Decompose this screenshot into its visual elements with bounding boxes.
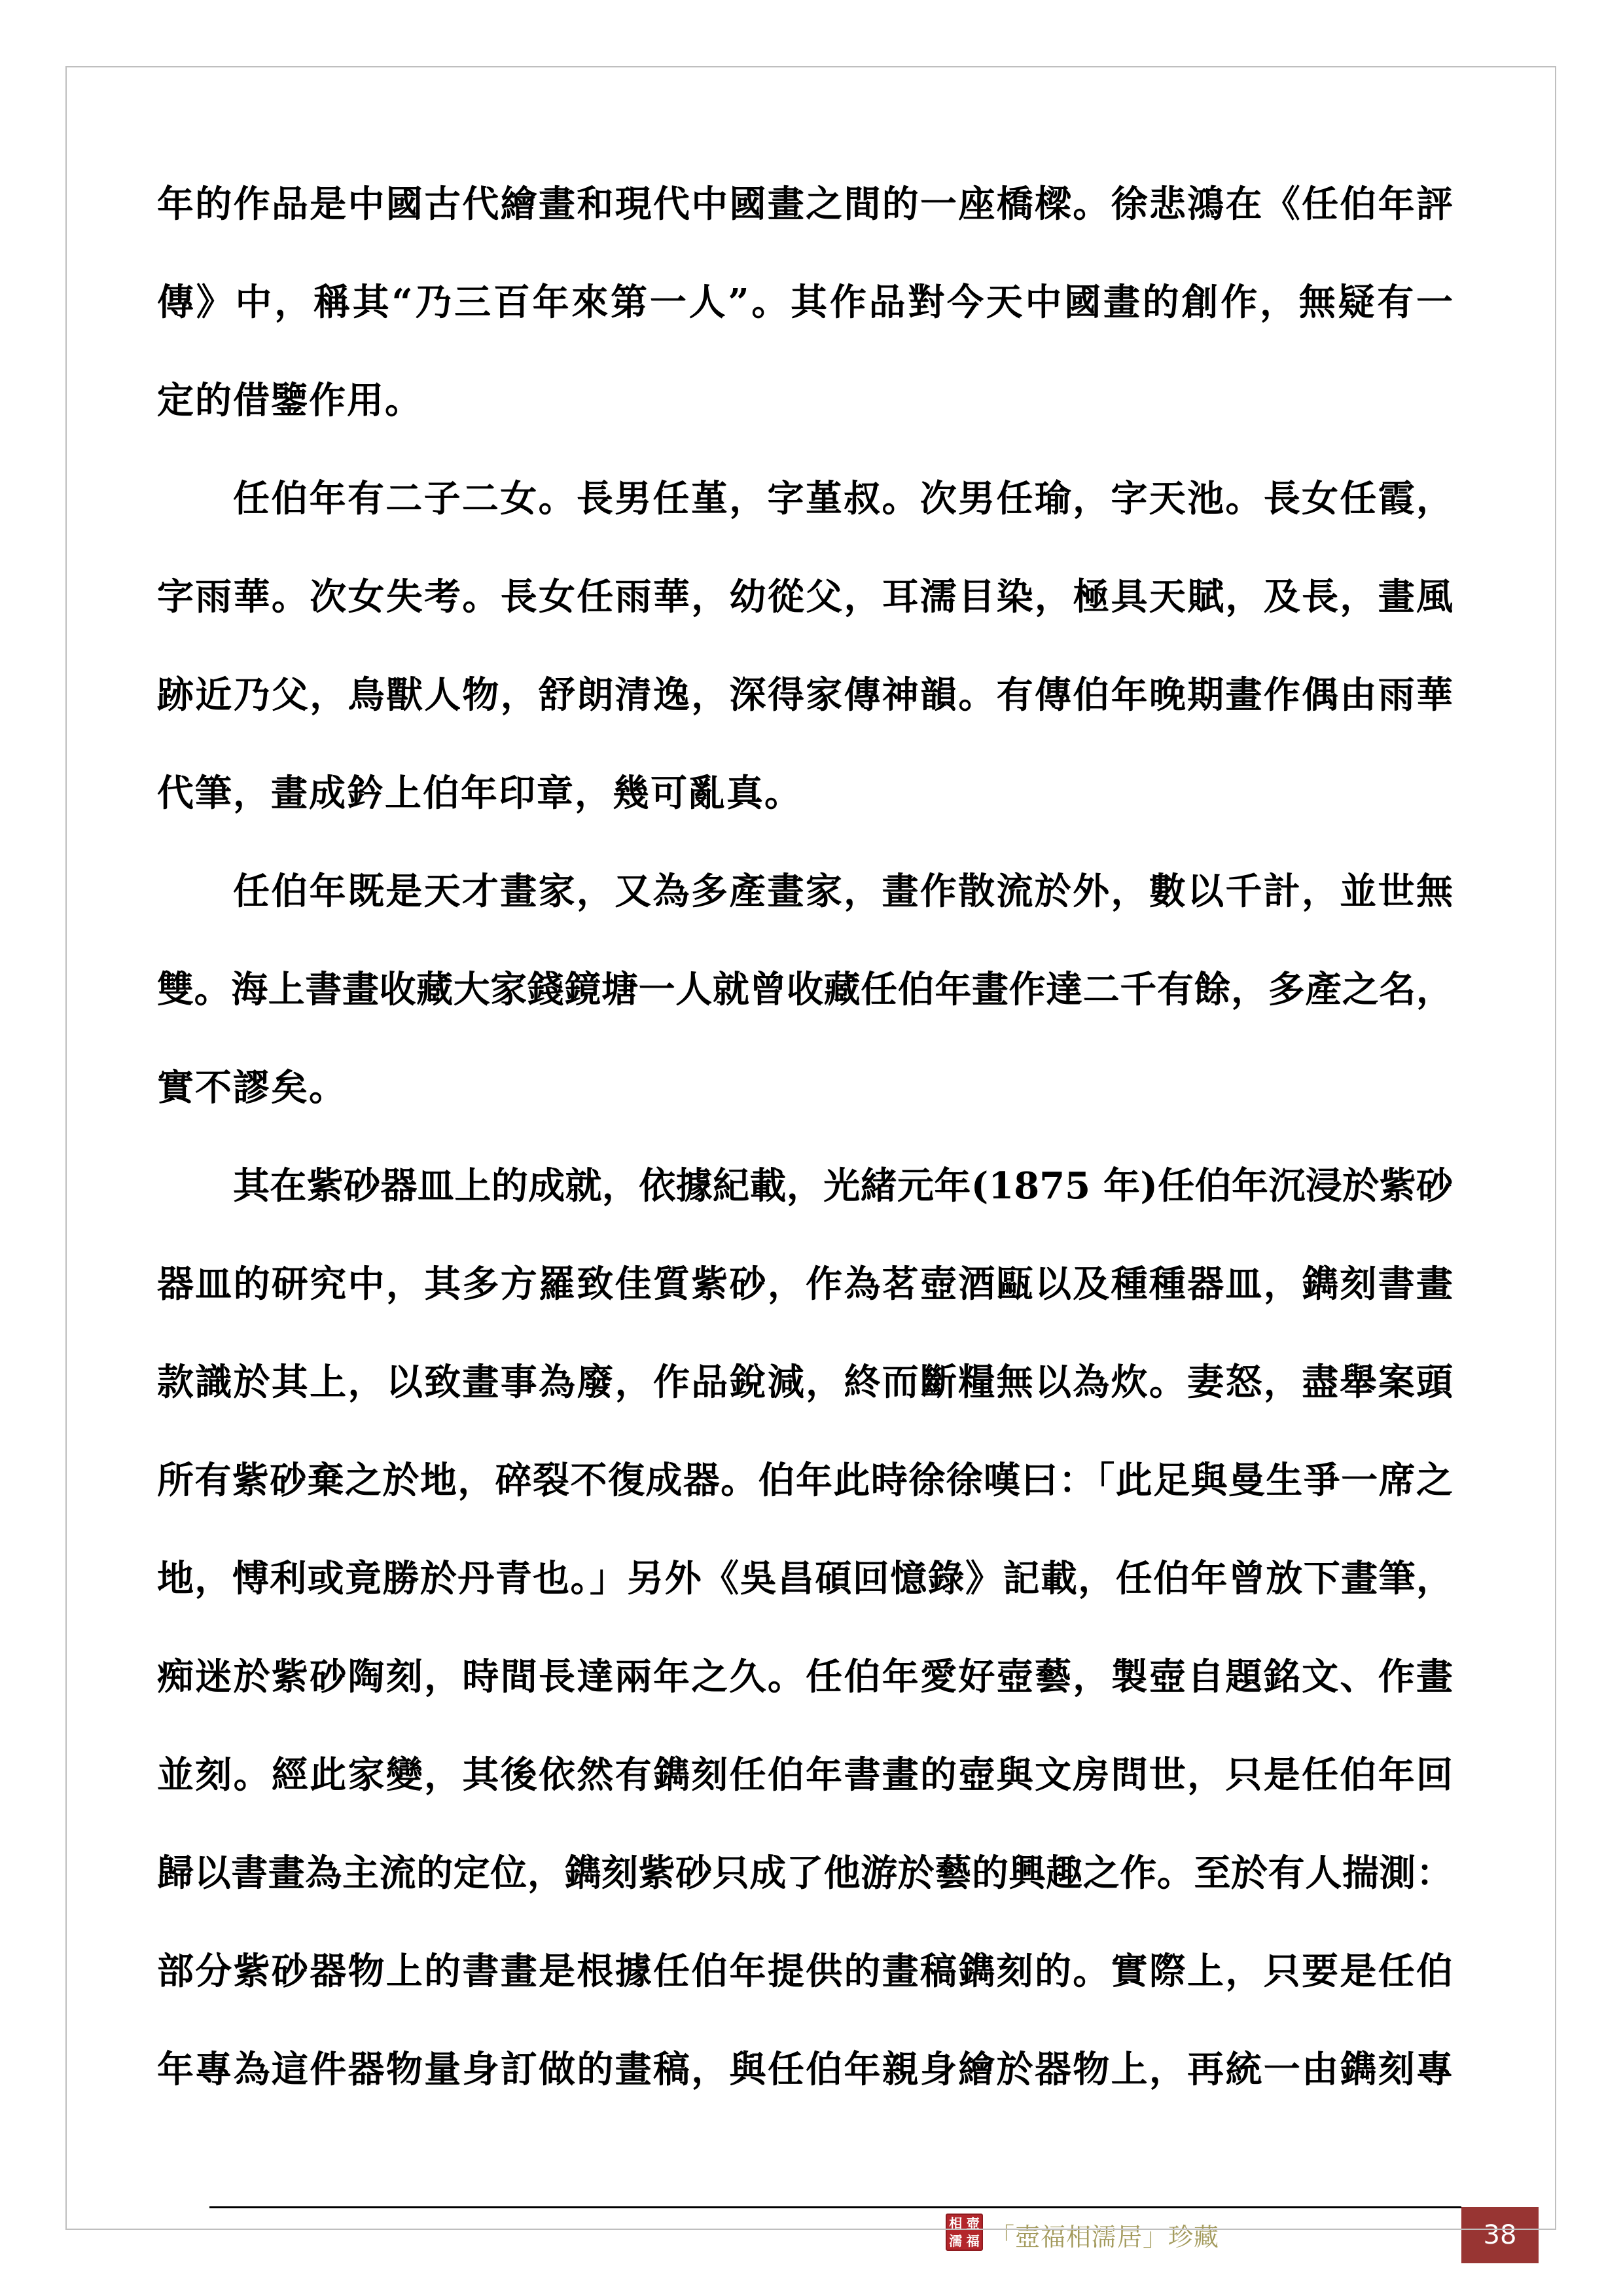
footer-brand-text: 「壺福相濡居」珍藏 <box>990 2219 1219 2255</box>
text-line: 所有紫砂棄之於地，碎裂不復成器。伯年此時徐徐嘆曰：「此足與曼生爭一席之 <box>157 1431 1453 1530</box>
text-line: 任伯年有二子二女。長男任堇，字堇叔。次男任瑜，字天池。長女任霞， <box>157 450 1453 548</box>
text-line: 任伯年既是天才畫家，又為多產畫家，畫作散流於外，數以千計，並世無 <box>157 842 1453 941</box>
page-number: 38 <box>1461 2207 1539 2263</box>
body-text: 年的作品是中國古代繪畫和現代中國畫之間的一座橋樑。徐悲鴻在《任伯年評 傳》中，稱… <box>157 155 1453 2119</box>
seal-char: 濡 <box>949 2234 962 2248</box>
text-line: 歸以書畫為主流的定位，鐫刻紫砂只成了他游於藝的興趣之作。至於有人揣測： <box>157 1824 1453 1922</box>
text-line: 代筆，畫成鈐上伯年印章，幾可亂真。 <box>157 744 1453 842</box>
text-line: 雙。海上書畫收藏大家錢鏡塘一人就曾收藏任伯年畫作達二千有餘，多產之名， <box>157 941 1453 1039</box>
text-line: 部分紫砂器物上的書畫是根據任伯年提供的畫稿鐫刻的。實際上，只要是任伯 <box>157 1922 1453 2020</box>
paragraph: 其在紫砂器皿上的成就，依據紀載，光緒元年(1875 年)任伯年沉浸於紫砂 器皿的… <box>157 1137 1453 2119</box>
text-line: 跡近乃父，鳥獸人物，舒朗清逸，深得家傳神韻。有傳伯年晚期畫作偶由雨華 <box>157 646 1453 744</box>
text-line: 字雨華。次女失考。長女任雨華，幼從父，耳濡目染，極具天賦，及長，畫風 <box>157 548 1453 646</box>
seal-char: 相 <box>949 2217 962 2230</box>
paragraph: 任伯年有二子二女。長男任堇，字堇叔。次男任瑜，字天池。長女任霞， 字雨華。次女失… <box>157 450 1453 842</box>
text-line: 並刻。經此家變，其後依然有鐫刻任伯年書畫的壺與文房問世，只是任伯年回 <box>157 1726 1453 1824</box>
text-line: 地，愽利或竟勝於丹青也。」另外《吳昌碩回憶錄》記載，任伯年曾放下畫筆， <box>157 1530 1453 1628</box>
text-line: 實不謬矣。 <box>157 1039 1453 1137</box>
text-line: 款識於其上，以致畫事為廢，作品銳減，終而斷糧無以為炊。妻怒，盡舉案頭 <box>157 1333 1453 1431</box>
footer-divider <box>209 2206 1461 2208</box>
text-line: 痴迷於紫砂陶刻，時間長達兩年之久。任伯年愛好壺藝，製壺自題銘文、作畫 <box>157 1628 1453 1726</box>
text-line: 年的作品是中國古代繪畫和現代中國畫之間的一座橋樑。徐悲鴻在《任伯年評 <box>157 155 1453 253</box>
red-seal-stamp-icon: 相 壺 濡 福 <box>946 2214 983 2251</box>
paragraph: 任伯年既是天才畫家，又為多產畫家，畫作散流於外，數以千計，並世無 雙。海上書畫收… <box>157 842 1453 1137</box>
seal-char: 壺 <box>967 2217 980 2230</box>
text-line: 器皿的研究中，其多方羅致佳質紫砂，作為茗壺酒甌以及種種器皿，鐫刻書畫 <box>157 1235 1453 1333</box>
text-line: 其在紫砂器皿上的成就，依據紀載，光緒元年(1875 年)任伯年沉浸於紫砂 <box>157 1137 1453 1235</box>
text-line: 傳》中，稱其“乃三百年來第一人”。其作品對今天中國畫的創作，無疑有一 <box>157 253 1453 351</box>
text-line: 定的借鑒作用。 <box>157 351 1453 450</box>
seal-char: 福 <box>967 2234 980 2248</box>
paragraph: 年的作品是中國古代繪畫和現代中國畫之間的一座橋樑。徐悲鴻在《任伯年評 傳》中，稱… <box>157 155 1453 450</box>
page-number-label: 38 <box>1484 2220 1517 2250</box>
text-line: 年專為這件器物量身訂做的畫稿，與任伯年親身繪於器物上，再統一由鐫刻專 <box>157 2020 1453 2119</box>
